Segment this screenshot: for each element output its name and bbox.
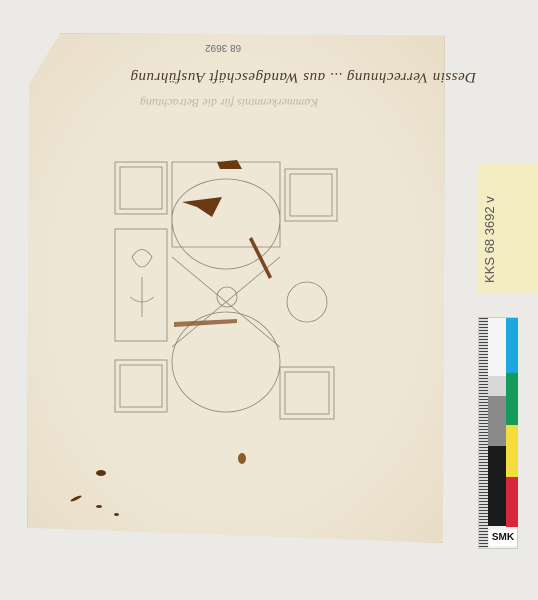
gray-patch-light: [488, 376, 506, 396]
ink-blot: [114, 513, 119, 516]
gray-patch-black: [488, 446, 506, 526]
pencil-inscription: Kammerkenntnis für die Betrachtung: [140, 95, 318, 110]
color-patch-red: [506, 477, 518, 527]
gray-patch-white: [488, 318, 506, 376]
inventory-number: 68 3692: [205, 42, 241, 53]
ink-blot: [96, 470, 106, 476]
color-calibration-scale: SMK: [478, 317, 518, 549]
inventory-label-text: KKS 68 3692 v: [482, 196, 497, 283]
ceiling-design-sketch: [112, 157, 352, 425]
ink-blot: [96, 505, 102, 508]
ink-inscription: Dessin Verrechnung ... aus Wandgeschäft …: [130, 68, 476, 85]
color-patch-yellow: [506, 425, 518, 477]
gray-patch-mid: [488, 396, 506, 446]
ruler: [479, 318, 488, 548]
inventory-label: KKS 68 3692 v: [478, 163, 538, 293]
ink-blot: [238, 453, 246, 464]
smk-logo: SMK: [489, 530, 517, 546]
color-patch-green: [506, 373, 518, 425]
color-patch-cyan: [506, 318, 518, 373]
